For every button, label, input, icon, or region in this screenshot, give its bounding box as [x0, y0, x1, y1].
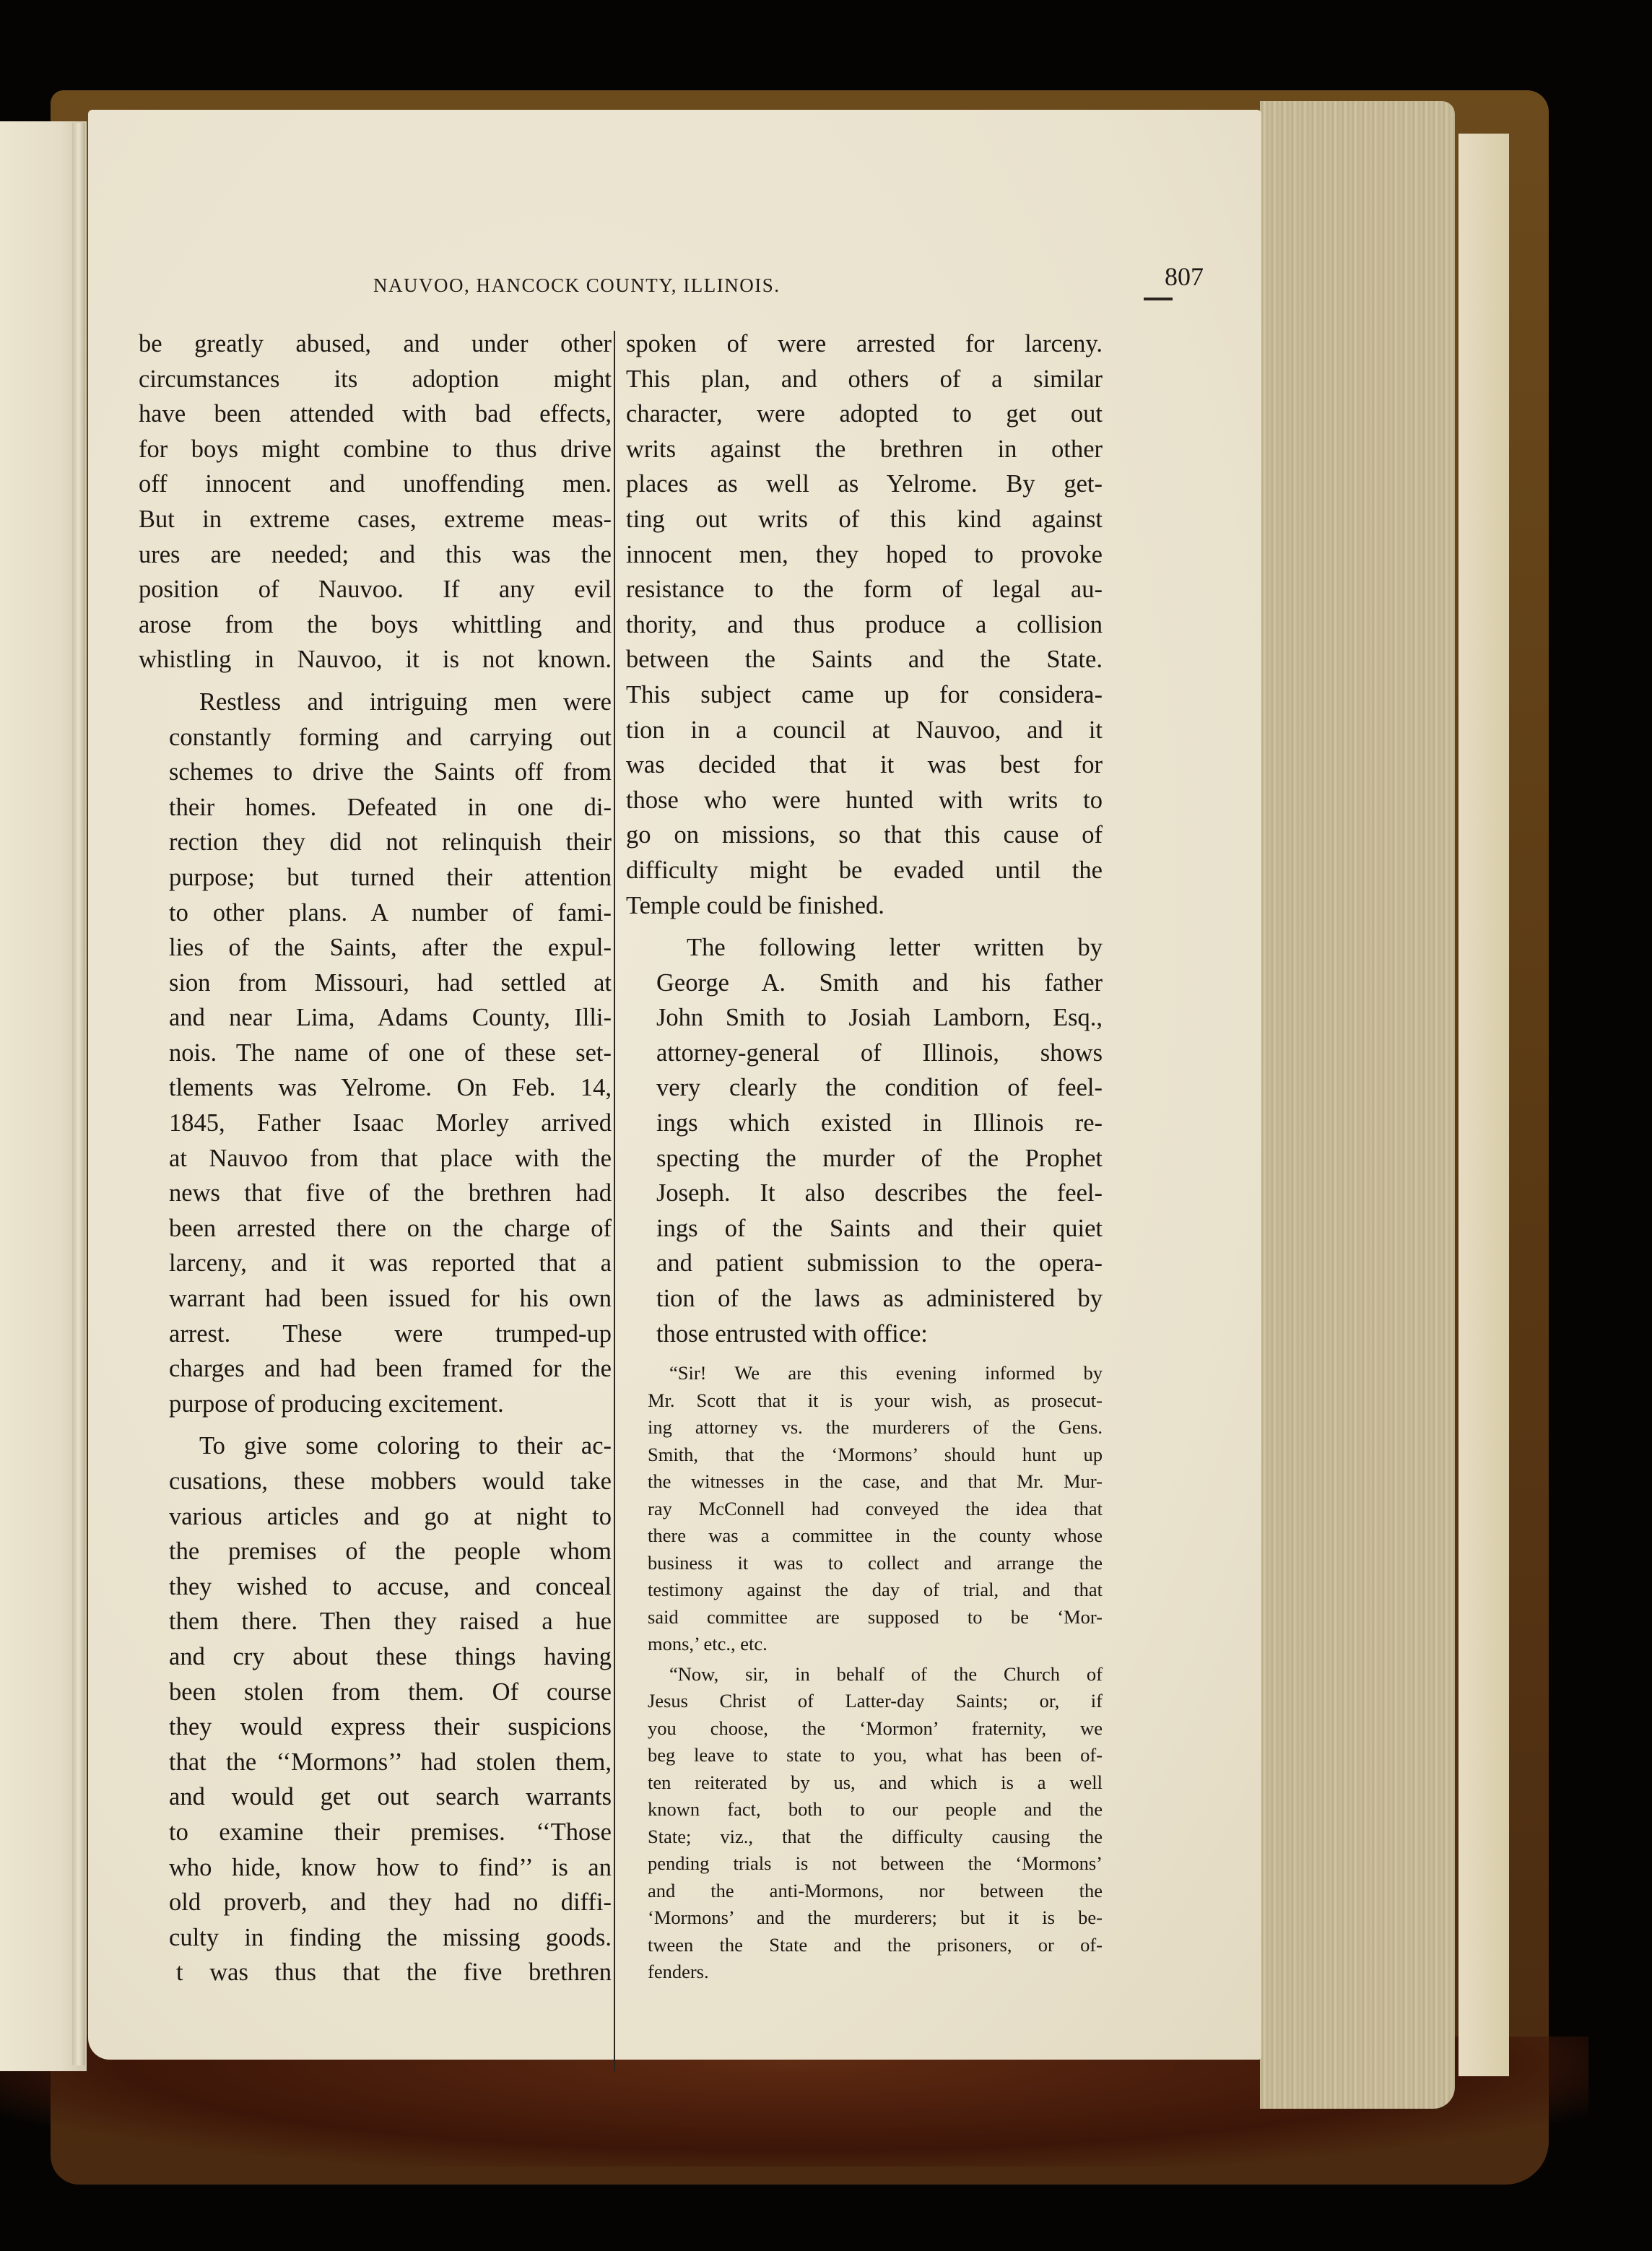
text-line: be greatly abused, and under other [139, 326, 612, 362]
column-divider [614, 331, 615, 2071]
text-line: specting the murder of the Prophet [626, 1141, 1103, 1176]
text-line: those entrusted with office: [626, 1317, 1103, 1352]
text-line: news that five of the brethren had [139, 1176, 612, 1211]
text-line: was decided that it was best for [626, 747, 1103, 783]
text-line: the premises of the people whom [139, 1534, 612, 1569]
book-page: NAUVOO, HANCOCK COUNTY, ILLINOIS. 807 be… [88, 110, 1261, 2060]
text-line: writs against the brethren in other [626, 432, 1103, 467]
book-gutter [72, 123, 85, 2065]
text-line: at Nauvoo from that place with the [139, 1141, 612, 1176]
text-line: George A. Smith and his father [626, 966, 1103, 1001]
text-line: The following letter written by [626, 930, 1103, 966]
quoted-letter: “Sir! We are this evening informed by Mr… [626, 1360, 1103, 1986]
text-line: old proverb, and they had no diffi- [139, 1885, 612, 1920]
text-line: business it was to collect and arrange t… [626, 1550, 1103, 1577]
text-line: culty in finding the missing goods. [139, 1920, 612, 1956]
text-line: “Sir! We are this evening informed by [626, 1360, 1103, 1387]
text-line: that the ‘‘Mormons’’ had stolen them, [139, 1745, 612, 1780]
text-line: very clearly the condition of feel- [626, 1070, 1103, 1106]
text-line: nois. The name of one of these set- [139, 1036, 612, 1071]
text-line: mons,’ etc., etc. [626, 1631, 1103, 1658]
running-title: NAUVOO, HANCOCK COUNTY, ILLINOIS. [373, 274, 781, 297]
text-line: and would get out search warrants [139, 1779, 612, 1815]
paragraph: spoken of were arrested for larceny. Thi… [626, 326, 1103, 923]
text-line: to other plans. A number of fami- [139, 895, 612, 931]
text-line: thority, and thus produce a collision [626, 607, 1103, 643]
text-line: arrest. These were trumped-up [139, 1317, 612, 1352]
page-number-ornament [1144, 290, 1173, 300]
text-line: ‘Mormons’ and the murderers; but it is b… [626, 1904, 1103, 1932]
text-line: ings of the Saints and their quiet [626, 1211, 1103, 1246]
text-line: the witnesses in the case, and that Mr. … [626, 1468, 1103, 1496]
text-line: who hide, know how to find’’ is an [139, 1850, 612, 1886]
text-line: position of Nauvoo. If any evil [139, 572, 612, 607]
right-column: spoken of were arrested for larceny. Thi… [626, 326, 1103, 1986]
text-line: pending trials is not between the ‘Mormo… [626, 1850, 1103, 1878]
paragraph: be greatly abused, and under other circu… [139, 326, 612, 677]
text-line: and cry about these things having [139, 1639, 612, 1675]
text-line: This plan, and others of a similar [626, 362, 1103, 397]
paragraph: The following letter written by George A… [626, 930, 1103, 1351]
text-line: ray McConnell had conveyed the idea that [626, 1496, 1103, 1523]
text-line: known fact, both to our people and the [626, 1796, 1103, 1823]
text-line: to examine their premises. ‘‘Those [139, 1815, 612, 1850]
text-line: Jesus Christ of Latter-day Saints; or, i… [626, 1688, 1103, 1715]
text-line: ures are needed; and this was the [139, 537, 612, 573]
text-line: fenders. [626, 1959, 1103, 1986]
text-line: warrant had been issued for his own [139, 1281, 612, 1317]
endpaper [1458, 134, 1509, 2076]
text-line: ing attorney vs. the murderers of the Ge… [626, 1414, 1103, 1441]
text-line: places as well as Yelrome. By get- [626, 467, 1103, 502]
text-line: Joseph. It also describes the feel- [626, 1176, 1103, 1211]
text-line: rection they did not relinquish their [139, 825, 612, 860]
text-line: and the anti-Mormons, nor between the [626, 1878, 1103, 1905]
text-line: tlements was Yelrome. On Feb. 14, [139, 1070, 612, 1106]
text-line: between the Saints and the State. [626, 642, 1103, 677]
text-line: innocent men, they hoped to provoke [626, 537, 1103, 573]
text-line: schemes to drive the Saints off from [139, 755, 612, 790]
text-line: purpose of producing excitement. [139, 1387, 612, 1422]
left-column: be greatly abused, and under other circu… [139, 326, 612, 1990]
letter-paragraph: “Sir! We are this evening informed by Mr… [626, 1360, 1103, 1658]
text-line: larceny, and it was reported that a [139, 1246, 612, 1281]
text-line: purpose; but turned their attention [139, 860, 612, 895]
text-line: been arrested there on the charge of [139, 1211, 612, 1246]
text-line: But in extreme cases, extreme meas- [139, 502, 612, 537]
text-line: beg leave to state to you, what has been… [626, 1742, 1103, 1769]
text-line: they would express their suspicions [139, 1709, 612, 1745]
text-line: ings which existed in Illinois re- [626, 1106, 1103, 1141]
text-line: State; viz., that the difficulty causing… [626, 1823, 1103, 1851]
text-line: difficulty might be evaded until the [626, 853, 1103, 888]
text-line: off innocent and unoffending men. [139, 467, 612, 502]
text-line: Restless and intriguing men were [139, 685, 612, 720]
text-line: John Smith to Josiah Lamborn, Esq., [626, 1000, 1103, 1036]
text-line: circumstances its adoption might [139, 362, 612, 397]
text-line: resistance to the form of legal au- [626, 572, 1103, 607]
text-line: t was thus that the five brethren [139, 1955, 612, 1990]
text-line: character, were adopted to get out [626, 396, 1103, 432]
paragraph: To give some coloring to their ac- cusat… [139, 1428, 612, 1990]
text-line: they wished to accuse, and conceal [139, 1569, 612, 1605]
text-line: To give some coloring to their ac- [139, 1428, 612, 1464]
text-line: and near Lima, Adams County, Illi- [139, 1000, 612, 1036]
paragraph: Restless and intriguing men were constan… [139, 685, 612, 1421]
text-line: attorney-general of Illinois, shows [626, 1036, 1103, 1071]
text-line: constantly forming and carrying out [139, 720, 612, 755]
text-line: go on missions, so that this cause of [626, 817, 1103, 853]
text-line: charges and had been framed for the [139, 1351, 612, 1387]
text-line: Smith, that the ‘Mormons’ should hunt up [626, 1441, 1103, 1469]
text-line: ten reiterated by us, and which is a wel… [626, 1769, 1103, 1797]
text-line: various articles and go at night to [139, 1499, 612, 1535]
text-line: arose from the boys whittling and [139, 607, 612, 643]
text-line: ting out writs of this kind against [626, 502, 1103, 537]
running-head: NAUVOO, HANCOCK COUNTY, ILLINOIS. 807 [373, 261, 1204, 305]
text-line: Temple could be finished. [626, 888, 1103, 924]
page-edge-stack [1260, 101, 1455, 2109]
text-line: spoken of were arrested for larceny. [626, 326, 1103, 362]
text-line: tion of the laws as administered by [626, 1281, 1103, 1317]
text-line: This subject came up for considera- [626, 677, 1103, 713]
text-line: Mr. Scott that it is your wish, as prose… [626, 1387, 1103, 1415]
text-line: those who were hunted with writs to [626, 783, 1103, 818]
text-line: for boys might combine to thus drive [139, 432, 612, 467]
letter-paragraph: “Now, sir, in behalf of the Church of Je… [626, 1661, 1103, 1986]
text-line: there was a committee in the county whos… [626, 1522, 1103, 1550]
text-line: “Now, sir, in behalf of the Church of [626, 1661, 1103, 1688]
text-line: tween the State and the prisoners, or of… [626, 1932, 1103, 1959]
text-line: been stolen from them. Of course [139, 1675, 612, 1710]
text-line: their homes. Defeated in one di- [139, 790, 612, 825]
text-line: have been attended with bad effects, [139, 396, 612, 432]
text-line: you choose, the ‘Mormon’ fraternity, we [626, 1715, 1103, 1743]
text-line: whistling in Nauvoo, it is not known. [139, 642, 612, 677]
text-line: testimony against the day of trial, and … [626, 1576, 1103, 1604]
text-line: tion in a council at Nauvoo, and it [626, 713, 1103, 748]
text-line: said committee are supposed to be ‘Mor- [626, 1604, 1103, 1631]
text-line: 1845, Father Isaac Morley arrived [139, 1106, 612, 1141]
page-number: 807 [1165, 261, 1204, 292]
text-line: them there. Then they raised a hue [139, 1604, 612, 1639]
text-line: lies of the Saints, after the expul- [139, 930, 612, 966]
text-line: cusations, these mobbers would take [139, 1464, 612, 1499]
text-line: and patient submission to the opera- [626, 1246, 1103, 1281]
text-line: sion from Missouri, had settled at [139, 966, 612, 1001]
